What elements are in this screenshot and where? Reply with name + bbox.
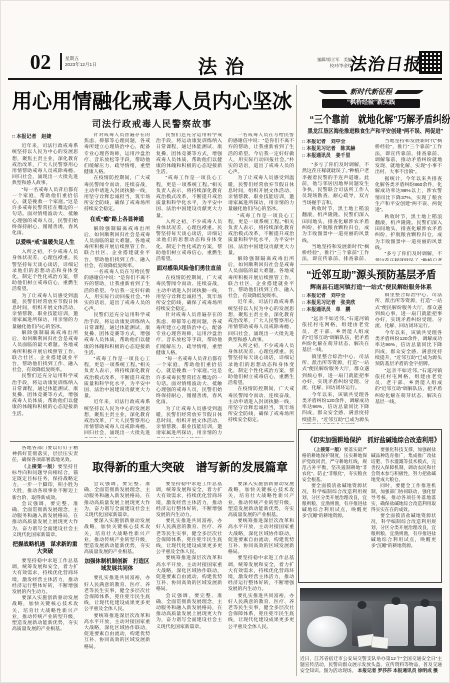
photo-figure-head bbox=[392, 597, 401, 605]
column-subhead: 面对感染风险他们勇往直前 bbox=[156, 266, 222, 273]
paragraph: 会议强调，要完整、准确、全面贯彻新发展理念，主动服务和融入新发展格局，在推动高质… bbox=[12, 502, 78, 539]
paragraph: 当地坚持和发展新时代“枫桥经验”，推行“三个靠前”工作法，即宣传靠前、排查靠前、… bbox=[302, 245, 369, 261]
paragraph: 解除强制隔离戒毒出所后，如何顺利回归社会是戒毒人员面临的最大难题。各地戒毒所积极… bbox=[84, 227, 150, 270]
staff-block: 编辑/郭立军 美编 校对/李金红 bbox=[298, 57, 352, 68]
byline: □ 本报记者 赵婕 bbox=[12, 134, 78, 140]
text-block: 要坚持稳中求进工作总基调，统筹发展和安全，着力扩大有效需求，持续优化营商环境，激… bbox=[12, 559, 78, 633]
sidebar-article1-column-1: □ 本报记者 刘中全 □ 本报见习记者 陈其赫 □ 本报通讯员 姜千里 “多亏了… bbox=[302, 139, 369, 261]
sidebar-article2-headline: “近邻互助”源头预防基层矛盾 bbox=[300, 267, 442, 282]
byline: □ 本报见习记者 张美欣 bbox=[302, 300, 369, 307]
text-block: 解除强制隔离戒毒出所后，如何顺利回归社会是戒毒人员面临的最大难题。各地戒毒所积极… bbox=[84, 227, 150, 438]
main-column-1: □ 本报记者 赵婕 近年来，司法行政戒毒系统坚持以人民为中心的发展思想，聚焦主责… bbox=[12, 133, 78, 438]
sidebar-article1-subhead: 黑龙江垦区海伦推进粮食生产和平安创建“两不误、两促进” bbox=[300, 126, 442, 135]
text-block: 入所之初，不少戒毒人员身体状况差、心理包袱重。民警坚持每天谈心谈话，详细记录他们… bbox=[12, 250, 78, 417]
paragraph: 要深入实施创新驱动发展战略，加快关键核心技术攻关，培育壮大战略性新兴产业，推动传… bbox=[84, 519, 150, 556]
header-rule bbox=[8, 78, 442, 80]
paragraph: 民警们还充分运用科学戒治手段，将运动康复训练纳入日常课程，通过体能测试、康复操、… bbox=[12, 374, 78, 417]
paragraph: 解除强制隔离戒毒出所后，如何顺利回归社会是戒毒人员面临的最大难题。各地戒毒所积极… bbox=[228, 257, 294, 300]
paragraph: “远亲不如近邻。”石道河镇依托村屯网格，组建由老党员、老干部、乡贤能人组成的“近… bbox=[302, 317, 369, 355]
column-subhead: 把握战略机遇 谋求新的重大突破 bbox=[12, 542, 78, 556]
paragraph: 在疫情防控期间，广大戒毒民警闻令而动、连续奋战，主动申请进入封闭执勤一线，用坚守… bbox=[84, 176, 150, 213]
text-block: 会议强调，要完整、准确、全面贯彻新发展理念，主动服务和融入新发展格局，在推动高质… bbox=[12, 502, 78, 539]
paragraph: 据统计，今年以来共排查化解各类矛盾纠纷860余件，化解成功率达98%以上，涉农警… bbox=[375, 177, 442, 215]
byline-block: □ 本报记者 刘中全 □ 本报见习记者 陈其赫 □ 本报通讯员 姜千里 bbox=[302, 139, 369, 160]
paragraph: 民警们还充分运用科学戒治手段，将运动康复训练纳入日常课程，通过体能测试、康复操、… bbox=[84, 313, 150, 356]
boxed-article: 《切实加强耕地保护 抓好盐碱地综合改造利用》 （上接第一版）要落实最严格的耕地保… bbox=[298, 429, 442, 583]
paragraph: “戒毒工作是一项良心工程，更是一项系统工程。”相关负责人表示，将持续深化教育戒治… bbox=[156, 176, 222, 219]
paragraph: 在疫情防控期间，广大戒毒民警闻令而动、连续奋战，主动申请进入封闭执勤一线，用坚守… bbox=[156, 276, 222, 313]
paragraph: 各地各部门要以钉钉子精神抓好贯彻落实，层层压实责任，确保各项部署落地见效。 bbox=[12, 446, 78, 465]
text-block: 会议强调，要完整、准确、全面贯彻新发展理念，主动服务和融入新发展格局，在推动高质… bbox=[84, 482, 150, 556]
text-block: “远亲不如近邻。”石道河镇依托村屯网格，组建由老党员、老干部、乡贤能人组成的“近… bbox=[302, 317, 369, 424]
newspaper-page: 02 星期五 2023年12月1日 法治 编辑/郭立军 美编 校对/李金红 法治… bbox=[0, 0, 450, 683]
byline: □ 本报通讯员 姜千里 bbox=[302, 153, 369, 160]
text-block: 要坚持稳中求进工作总基调，统筹发展和安全，着力扩大有效需求，持续优化营商环境，激… bbox=[156, 482, 222, 631]
text-block: “多亏了你们及时调解，不然这茬庄稼就耽误了。”种植户老李握着民警的手连声道谢。此… bbox=[302, 163, 369, 261]
paragraph: 入所之初，不少戒毒人员身体状况差、心理包袱重。民警坚持每天谈心谈话，详细记录他们… bbox=[228, 344, 294, 387]
paragraph: 当地坚持和发展新时代“枫桥经验”，推行“三个靠前”工作法，即宣传靠前、排查靠前、… bbox=[375, 139, 442, 177]
text-block: 近年来，司法行政戒毒系统坚持以人民为中心的发展思想，聚焦主责主业，深化教育戒治改… bbox=[12, 144, 78, 237]
paragraph: 秋收时节，黑土地上稻浪翻滚，机声隆隆。民警们深入田间地头，排查化解涉农矛盾纠纷，… bbox=[375, 215, 442, 253]
text-block: 民警们还充分运用科学戒治手段，将运动康复训练纳入日常课程，通过体能测试、康复操、… bbox=[156, 133, 222, 263]
photo-figure-head bbox=[421, 599, 430, 607]
column-subhead: 加强体制机制创新 打造区域发展共同体 bbox=[84, 559, 150, 573]
qr-code-icon bbox=[419, 51, 442, 74]
text-block: 在疫情防控期间，广大戒毒民警闻令而动、连续奋战，主动申请进入封闭执勤一线，用坚守… bbox=[156, 276, 222, 438]
paragraph: “多亏了你们及时调解，不然这茬庄稼就耽误了。”种植户老李握着民警的手连声道谢。此… bbox=[375, 252, 442, 261]
paragraph: 要全面摸清盐碱地资源状况，科学编制综合改造利用规划，分区分类开展治理改良，宜粮则… bbox=[371, 513, 436, 549]
paragraph: 要强化科技支撑，加强耐盐碱品种选育推广，集成推广改盐培肥、节水灌溉等技术模式，完… bbox=[371, 447, 436, 483]
paragraph: 今年以来，该镇共受理各类矛盾纠纷120余件，调解成功率达96%，信访总量同比下降… bbox=[302, 393, 369, 424]
paragraph: 针对戒毒人员普遍存在的焦虑、抑郁等心理问题，各戒毒所建立心理矫治中心，配备专业心… bbox=[84, 133, 150, 176]
paragraph: 要统筹推进深层次改革和高水平开放，主动对接国家重大战略，深化区域协作联动，促进要… bbox=[156, 556, 222, 593]
continuation-column-3: 要坚持稳中求进工作总基调，统筹发展和安全，着力扩大有效需求，持续优化营商环境，激… bbox=[156, 482, 222, 675]
paragraph: 镇里整合综治中心、司法所、派出所等资源，打造“一站式”便民解纷服务大厅，群众遇到… bbox=[375, 293, 442, 331]
byline-block: □ 本报记者 刘中全 □ 本报见习记者 张美欣 □ 本报通讯员 单 鹏 bbox=[302, 293, 369, 314]
text-block: 要深入实施创新驱动发展战略，加快关键核心技术攻关，培育壮大战略性新兴产业，推动传… bbox=[228, 482, 294, 631]
main-headline: 用心用情融化戒毒人员内心坚冰 bbox=[10, 85, 294, 114]
ribbon-wing-icon bbox=[318, 90, 347, 94]
byline: □ 本报记者 刘中全 bbox=[302, 139, 369, 146]
continuation-column-4: 要深入实施创新驱动发展战略，加快关键核心技术攻关，培育壮大战略性新兴产业，推动传… bbox=[228, 482, 294, 675]
text-block: 要全面摸清盐碱地资源状况，科学编制综合改造利用规划，分区分类开展治理改良，宜粮则… bbox=[302, 483, 367, 519]
paragraph: “远亲不如近邻。”石道河镇依托村屯网格，组建由老党员、老干部、乡贤能人组成的“近… bbox=[375, 369, 442, 407]
banner-line2: “枫桥经验”新实践 bbox=[322, 99, 420, 108]
sidebar-divider-rule bbox=[300, 264, 442, 265]
paragraph: 近年来，司法行政戒毒系统坚持以人民为中心的发展思想，聚焦主责主业，深化教育戒治改… bbox=[84, 400, 150, 438]
sidebar-article2-column-2: 镇里整合综治中心、司法所、派出所等资源，打造“一站式”便民解纷服务大厅，群众遇到… bbox=[375, 293, 442, 424]
photo-credit: 本报记者 罗莎莎 本报通讯员 徐明成 摄 bbox=[358, 668, 438, 673]
paragraph: “戒毒工作是一项良心工程，更是一项系统工程。”相关负责人表示，将持续深化教育戒治… bbox=[84, 357, 150, 400]
text-block: 要强化科技支撑，加强耐盐碱品种选育推广，集成推广改盐培肥、节水灌溉等技术模式，完… bbox=[371, 447, 436, 549]
paragraph: 在疫情防控期间，广大戒毒民警闻令而动、连续奋战，主动申请进入封闭执勤一线，用坚守… bbox=[228, 387, 294, 424]
paragraph: 今年以来，该镇共受理各类矛盾纠纷120余件，调解成功率达96%，信访总量同比下降… bbox=[375, 331, 442, 369]
proofreader-line: 校对/李金红 bbox=[298, 63, 352, 69]
continuation-column-2: 会议强调，要完整、准确、全面贯彻新发展理念，主动服务和融入新发展格局，在推动高质… bbox=[84, 482, 150, 675]
paragraph: 近年来，司法行政戒毒系统坚持以人民为中心的发展思想，聚焦主责主业，深化教育戒治改… bbox=[12, 144, 78, 187]
main-column-3: 民警们还充分运用科学戒治手段，将运动康复训练纳入日常课程，通过体能测试、康复操、… bbox=[156, 133, 222, 438]
paragraph: 要深入实施创新驱动发展战略，加快关键核心技术攻关，培育壮大战略性新兴产业，推动传… bbox=[12, 596, 78, 633]
jump-paragraph: （上接第一版）要落实最严格的耕地保护制度，压实耕地保护党政同责，严守耕地红线，规… bbox=[302, 447, 367, 483]
jump-label: （上接第一版） bbox=[311, 447, 344, 452]
main-subtitle: 司法行政戒毒人民警察故事 bbox=[10, 117, 294, 130]
sidebar-article1-column-2: 当地坚持和发展新时代“枫桥经验”，推行“三个靠前”工作法，即宣传靠前、排查靠前、… bbox=[375, 139, 442, 261]
paragraph: 一名戒毒人员在写给民警的感谢信中说：“是你们不离不弃的帮助，让我重新看到了生活的… bbox=[84, 270, 150, 313]
boxed-column-2: 要强化科技支撑，加强耐盐碱品种选育推广，集成推广改盐培肥、节水灌溉等技术模式，完… bbox=[371, 447, 436, 575]
ribbon-wing-icon bbox=[394, 90, 423, 94]
photo-caption: 近日，江苏省宿迁市公安局交警支队举办第12个“全国交通安全日”主题宣传活动，民警… bbox=[300, 656, 442, 674]
helmet-shape bbox=[307, 616, 347, 647]
paragraph: “每一名戒毒人员背后都有一个家庭，帮助他们重拾信心，就是挽救一个家庭。”这是许多… bbox=[12, 188, 78, 238]
continuation-column-1: 各地各部门要以钉钉子精神抓好贯彻落实，层层压实责任，确保各项部署落地见效。 （上… bbox=[12, 446, 78, 675]
paragraph: 近年来，司法行政戒毒系统坚持以人民为中心的发展思想，聚焦主责主业，深化教育戒治改… bbox=[228, 300, 294, 343]
column-subhead: 在戒“瘾”路上各显神通 bbox=[84, 217, 150, 224]
byline: □ 本报见习记者 陈其赫 bbox=[302, 146, 369, 153]
paragraph: 要统筹推进深层次改革和高水平开放，主动对接国家重大战略，深化区域协作联动，促进要… bbox=[84, 614, 150, 651]
boxed-article-headline: 《切实加强耕地保护 抓好盐碱地综合改造利用》 bbox=[302, 435, 438, 444]
byline: □ 本报记者 刘中全 bbox=[302, 293, 369, 300]
column-rule bbox=[296, 85, 297, 676]
news-photo bbox=[300, 588, 442, 652]
jump-text: 要落实最严格的耕地保护制度，压实耕地保护党政同责，严守耕地红线，规范占补平衡，坚… bbox=[302, 447, 367, 482]
sidebar-article2-column-1: □ 本报记者 刘中全 □ 本报见习记者 张美欣 □ 本报通讯员 单 鹏 “远亲不… bbox=[302, 293, 369, 424]
fengqiao-banner: 新时代新征程 “枫桥经验”新实践 bbox=[300, 87, 442, 108]
text-block: 当地坚持和发展新时代“枫桥经验”，推行“三个靠前”工作法，即宣传靠前、排查靠前、… bbox=[375, 139, 442, 261]
paragraph: “多亏了你们及时调解，不然这茬庄稼就耽误了。”种植户老李握着民警的手连声道谢。此… bbox=[302, 163, 369, 207]
masthead-logo: 法治日报 bbox=[348, 50, 424, 75]
photo-figure bbox=[414, 606, 436, 646]
boxed-column-1: （上接第一版）要落实最严格的耕地保护制度，压实耕地保护党政同责，严守耕地红线，规… bbox=[302, 447, 367, 575]
paragraph: 解除强制隔离戒毒出所后，如何顺利回归社会是戒毒人员面临的最大难题。各地戒毒所积极… bbox=[12, 331, 78, 374]
text-block: 要扎实推进共同富裕，办好人民满意的教育、医疗、养老等民生实事，健全多层次社会保障… bbox=[84, 576, 150, 650]
banner-title: 新时代新征程 bbox=[350, 87, 392, 97]
paragraph: 为了让戒毒人员感受到温暖，民警们经常放弃节假日休息时间，组织开展文体活动、亲情帮… bbox=[12, 294, 78, 331]
paragraph: 民警们还充分运用科学戒治手段，将运动康复训练纳入日常课程，通过体能测试、康复操、… bbox=[156, 133, 222, 176]
paragraph: 同时，要健全工作推进机制，加强部门协同联动，强化督导考核，推动各项任务落地落实，… bbox=[371, 483, 436, 513]
paragraph: 镇里整合综治中心、司法所、派出所等资源，打造“一站式”便民解纷服务大厅，群众遇到… bbox=[302, 355, 369, 393]
text-block: 一名戒毒人员在写给民警的感谢信中说：“是你们不离不弃的帮助，让我重新看到了生活的… bbox=[228, 133, 294, 425]
paragraph: “每一名戒毒人员背后都有一个家庭，帮助他们重拾信心，就是挽救一个家庭。”这是许多… bbox=[156, 357, 222, 407]
paragraph: 要深入实施创新驱动发展战略，加快关键核心技术攻关，培育壮大战略性新兴产业，推动传… bbox=[228, 482, 294, 519]
paragraph: 要坚持稳中求进工作总基调，统筹发展和安全，着力扩大有效需求，持续优化营商环境，激… bbox=[12, 559, 78, 596]
paragraph: 一名戒毒人员在写给民警的感谢信中说：“是你们不离不弃的帮助，让我重新看到了生活的… bbox=[228, 133, 294, 176]
paragraph: 要扎实推进共同富裕，办好人民满意的教育、医疗、养老等民生实事，健全多层次社会保障… bbox=[156, 519, 222, 556]
column-subhead: 以爱唤“戒”温暖失足人生 bbox=[12, 240, 78, 247]
continuation-headline: 取得新的重大突破 谱写新的发展篇章 bbox=[86, 459, 294, 475]
paragraph: “戒毒工作是一项良心工程，更是一项系统工程。”相关负责人表示，将持续深化教育戒治… bbox=[228, 214, 294, 257]
byline: □ 本报通讯员 单 鹏 bbox=[302, 307, 369, 314]
paragraph: 要统筹推进深层次改革和高水平开放，主动对接国家重大战略，深化区域协作联动，促进要… bbox=[228, 519, 294, 556]
photo-canopy-shape bbox=[300, 588, 442, 601]
leaflet-shape bbox=[371, 636, 388, 649]
text-block: 针对戒毒人员普遍存在的焦虑、抑郁等心理问题，各戒毒所建立心理矫治中心，配备专业心… bbox=[84, 133, 150, 214]
section-divider-rule bbox=[10, 441, 294, 442]
text-block: 各地各部门要以钉钉子精神抓好贯彻落实，层层压实责任，确保各项部署落地见效。 bbox=[12, 446, 78, 465]
photo-figure-head bbox=[358, 601, 367, 609]
sidebar-article1-headline: “三个靠前 就地化解”巧解矛盾纠纷 bbox=[300, 111, 442, 126]
paragraph: 会议强调，要完整、准确、全面贯彻新发展理念，主动服务和融入新发展格局，在推动高质… bbox=[156, 594, 222, 631]
text-block: 镇里整合综治中心、司法所、派出所等资源，打造“一站式”便民解纷服务大厅，群众遇到… bbox=[375, 293, 442, 406]
paragraph: 为了让戒毒人员感受到温暖，民警们经常放弃节假日休息时间，组织开展文体活动、亲情帮… bbox=[228, 176, 294, 213]
paragraph: 要坚持稳中求进工作总基调，统筹发展和安全，着力扩大有效需求，持续优化营商环境，激… bbox=[156, 482, 222, 519]
main-column-4: 一名戒毒人员在写给民警的感谢信中说：“是你们不离不弃的帮助，让我重新看到了生活的… bbox=[228, 133, 294, 438]
jump-text: 要坚持目标导向和问题导向相结合，锚定既定目标任务，保持战略定力，一步一个脚印，积… bbox=[12, 465, 78, 501]
paragraph: 入所之初，不少戒毒人员身体状况差、心理包袱重。民警坚持每天谈心谈话，详细记录他们… bbox=[12, 250, 78, 293]
main-column-2: 针对戒毒人员普遍存在的焦虑、抑郁等心理问题，各戒毒所建立心理矫治中心，配备专业心… bbox=[84, 133, 150, 438]
paragraph: 要扎实推进共同富裕，办好人民满意的教育、医疗、养老等民生实事，健全多层次社会保障… bbox=[84, 576, 150, 613]
paragraph: 要扎实推进共同富裕，办好人民满意的教育、医疗、养老等民生实事，健全多层次社会保障… bbox=[228, 594, 294, 631]
jump-paragraph: （上接第一版）要坚持目标导向和问题导向相结合，锚定既定目标任务，保持战略定力，一… bbox=[12, 465, 78, 502]
paragraph: 要坚持稳中求进工作总基调，统筹发展和安全，着力扩大有效需求，持续优化营商环境，激… bbox=[228, 556, 294, 593]
paragraph: 为了让戒毒人员感受到温暖，民警们经常放弃节假日休息时间，组织开展文体活动、亲情帮… bbox=[156, 407, 222, 438]
boxed-article-body: （上接第一版）要落实最严格的耕地保护制度，压实耕地保护党政同责，严守耕地红线，规… bbox=[302, 447, 438, 575]
paragraph: 秋收时节，黑土地上稻浪翻滚，机声隆隆。民警们深入田间地头，排查化解涉农矛盾纠纷，… bbox=[302, 207, 369, 245]
paragraph: 针对戒毒人员普遍存在的焦虑、抑郁等心理问题，各戒毒所建立心理矫治中心，配备专业心… bbox=[156, 313, 222, 356]
paragraph: 入所之初，不少戒毒人员身体状况差、心理包袱重。民警坚持每天谈心谈话，详细记录他们… bbox=[156, 220, 222, 263]
paragraph: 要全面摸清盐碱地资源状况，科学编制综合改造利用规划，分区分类开展治理改良，宜粮则… bbox=[302, 483, 367, 519]
sidebar-article2-subhead: 辉南县石道河镇打造“一站式”便民解纷服务体系 bbox=[300, 282, 442, 291]
jump-label: （上接第一版） bbox=[22, 465, 58, 470]
paragraph: 会议强调，要完整、准确、全面贯彻新发展理念，主动服务和融入新发展格局，在推动高质… bbox=[84, 482, 150, 519]
banner-line1: 新时代新征程 bbox=[300, 87, 442, 97]
